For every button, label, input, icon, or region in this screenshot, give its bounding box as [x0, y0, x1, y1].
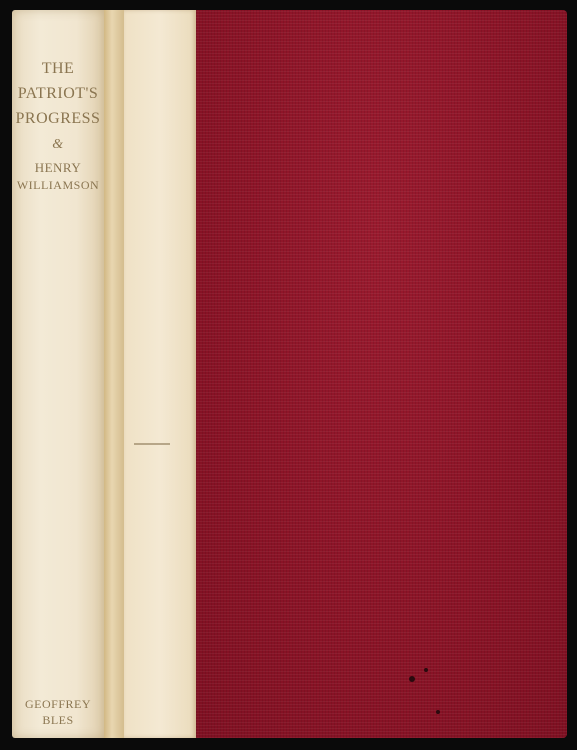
spine-title-line-1: THE	[12, 60, 104, 78]
spine-hinge	[104, 10, 124, 738]
wear-spot	[409, 676, 415, 682]
spine-title-line-2: PATRIOT'S	[12, 85, 104, 103]
spine-publisher-line-1: GEOFFREY	[12, 697, 104, 712]
vellum-spine: THE PATRIOT'S PROGRESS & HENRY WILLIAMSO…	[12, 10, 104, 738]
vellum-crease-mark	[134, 443, 170, 445]
spine-author-line-1: HENRY	[12, 160, 104, 176]
wear-spot	[436, 710, 440, 714]
wear-spot	[424, 668, 428, 672]
red-cloth-front-board	[196, 10, 567, 738]
front-board-vellum-strip	[124, 10, 196, 738]
spine-ampersand-ornament: &	[12, 137, 104, 153]
spine-title-line-3: PROGRESS	[12, 110, 104, 128]
spine-publisher-line-2: BLES	[12, 713, 104, 728]
book: THE PATRIOT'S PROGRESS & HENRY WILLIAMSO…	[12, 10, 567, 740]
spine-author-line-2: WILLIAMSON	[12, 178, 104, 193]
